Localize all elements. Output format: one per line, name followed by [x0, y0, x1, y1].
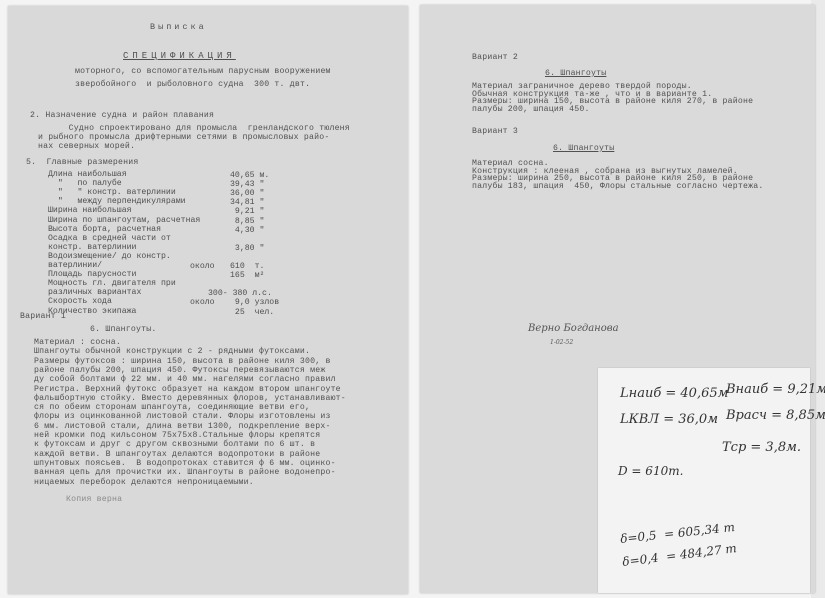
dimension-qualifier: около — [190, 262, 215, 271]
section-2-line-3: нах северных морей. — [38, 143, 135, 152]
note-displacement: D = 610т. — [618, 464, 683, 478]
dimension-value: 8,85 " — [230, 217, 264, 226]
dimension-label: Осадка в средней части от — [48, 235, 171, 244]
dimension-label: Ширина по шпангоутам, расчетная — [48, 217, 200, 226]
text-line: ду собой болтами ф 22 мм. и 40 мм. нагел… — [34, 376, 336, 385]
note-calc-1: δ=0,5 = 605,34 т — [620, 520, 736, 546]
dimension-value: 610 т. — [230, 262, 264, 271]
dimension-label: Ширина наибольшая — [48, 207, 132, 216]
note-b-calc: Bрасч = 8,85м — [726, 408, 825, 423]
dimension-value: 4,30 " — [230, 226, 264, 235]
dimension-value: 9,21 " — [230, 207, 264, 216]
variant-3-label: Вариант 3 — [472, 128, 518, 137]
variant-2-heading: 6. Шпангоуты — [545, 70, 606, 79]
text-line: ванная цепь для прочистки их. Шпангоуты … — [34, 469, 336, 478]
variant-2-label: Вариант 2 — [472, 54, 518, 63]
text-line: ницаемых переборок делаются непроницаемы… — [34, 479, 254, 488]
note-t-avg: Tср = 3,8м. — [722, 440, 801, 455]
dimension-label: Скорость хода — [48, 298, 112, 307]
note-l-max: Lнаиб = 40,65м — [620, 386, 728, 401]
signature: Верно Богданова — [528, 323, 619, 334]
variant-3-heading: 6. Шпангоуты — [553, 145, 614, 154]
dimension-value: 165 м² — [230, 271, 264, 280]
section-5-heading: 5. Главные размерения — [26, 159, 139, 168]
text-line: палубы 183, шпация 450, Флоры стальные с… — [472, 183, 763, 192]
dimension-value: 36,00 " — [230, 189, 264, 198]
signature-date: 1-02-52 — [550, 339, 573, 346]
dimension-value: 3,80 " — [230, 244, 264, 253]
section-2-heading: 2. Назначение судна и район плавания — [30, 112, 214, 121]
variant-1-heading: 6. Шпангоуты. — [90, 326, 156, 335]
text-line: Регистра. Верхний футокс образует на каж… — [34, 386, 341, 395]
dimension-value: 34,81 " — [230, 198, 264, 207]
text-line: Шпангоуты обычной конструкции с 2 - рядн… — [34, 348, 310, 357]
left-page: Выписка СПЕЦИФИКАЦИЯ моторного, со вспом… — [8, 6, 408, 594]
dimension-qualifier: около — [190, 298, 215, 307]
text-line: к футоксам и друг с другом сквозными бол… — [34, 441, 315, 450]
note-b-max: Bнаиб = 9,21м — [726, 382, 825, 397]
variant-1-label: Вариант 1 — [20, 313, 66, 322]
text-line: Размеры футоксов : ширина 150, высота в … — [34, 358, 331, 367]
text-line: палубы 200, шпация 450. — [472, 106, 590, 115]
dimension-value: 25 чел. — [230, 308, 274, 317]
dimension-label: Высота борта, расчетная — [48, 226, 161, 235]
subtitle-line-2: зверобойного и рыболовного судна 300 т. … — [75, 81, 310, 90]
dimension-value: 9,0 узлов — [230, 298, 279, 307]
note-l-kvl: LКВЛ = 36,0м — [620, 412, 718, 427]
text-line: 6 мм. листовой стали, длина ветви 1300, … — [34, 423, 331, 432]
document-title: СПЕЦИФИКАЦИЯ — [123, 52, 236, 61]
subtitle-line-1: моторного, со вспомогательным парусным в… — [75, 68, 331, 77]
document-header: Выписка — [150, 23, 207, 32]
dimension-value: 300- 380 л.с. — [208, 289, 272, 298]
copy-certified-note: Копия верна — [66, 496, 122, 505]
text-line: каждой ветви. В шпангоутах делаются водо… — [34, 451, 320, 460]
text-line: флоры из оцинкованной листовой стали. Фл… — [34, 413, 331, 422]
dimension-value: 40,65 м. — [230, 171, 269, 180]
handwritten-note: Lнаиб = 40,65м Bнаиб = 9,21м LКВЛ = 36,0… — [598, 368, 810, 593]
dimension-value: 39,43 " — [230, 180, 264, 189]
note-calc-2: δ=0,4 = 484,27 т — [622, 541, 738, 569]
